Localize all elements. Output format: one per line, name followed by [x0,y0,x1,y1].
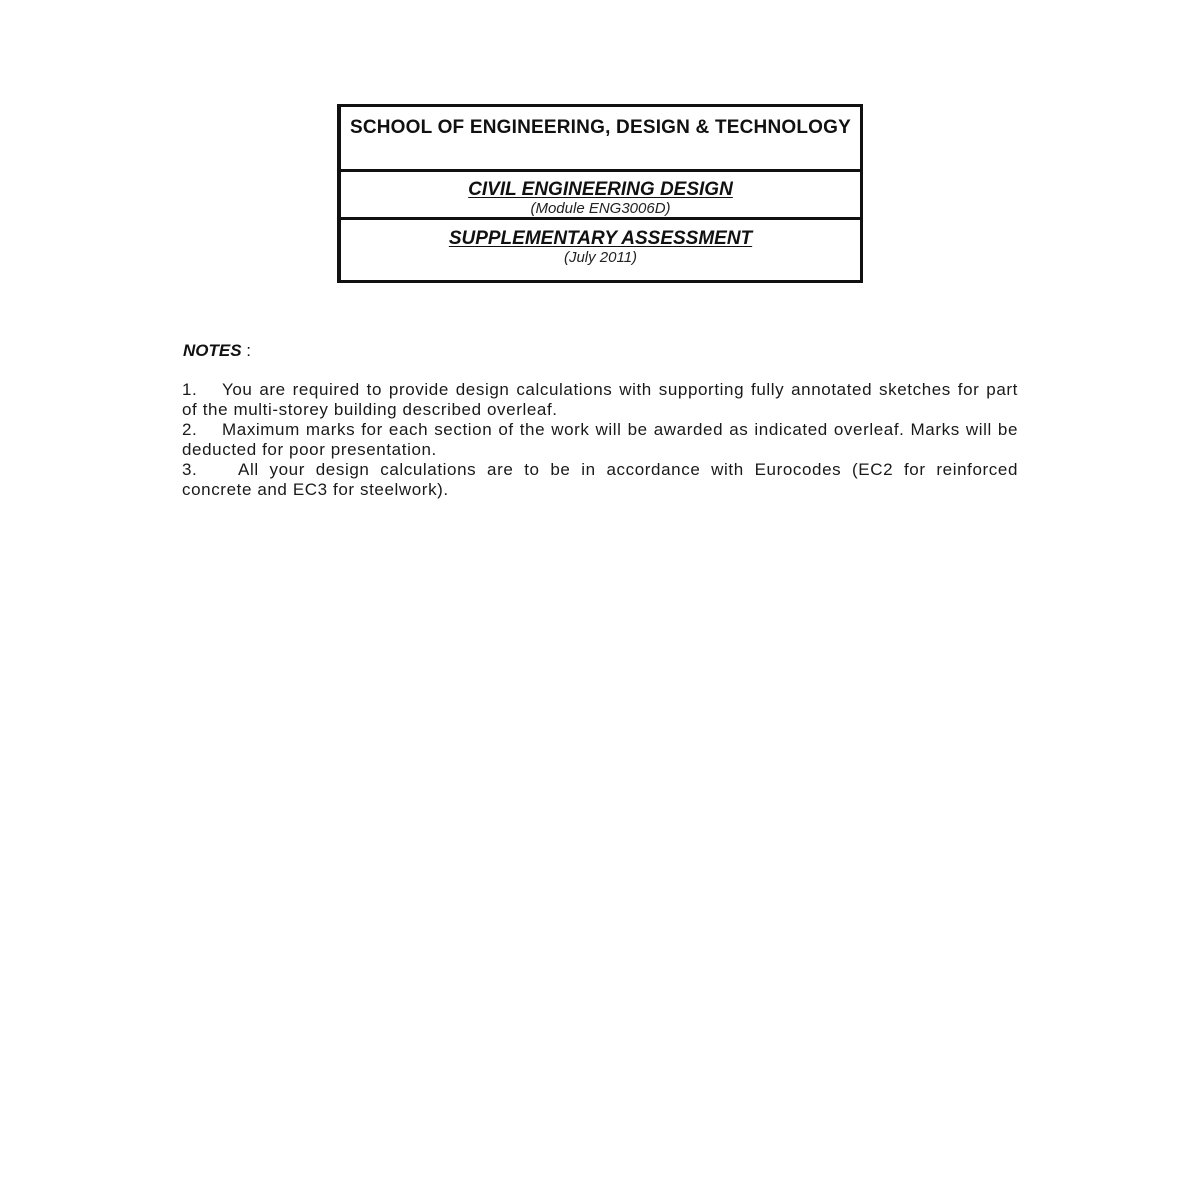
notes-heading-label: NOTES [183,341,242,360]
assessment-date: (July 2011) [341,249,860,266]
course-title: CIVIL ENGINEERING DESIGN [468,180,733,200]
note-text: Maximum marks for each section of the wo… [182,420,1018,459]
note-number: 1. [182,380,222,400]
notes-heading-colon: : [242,341,251,360]
notes-heading: NOTES : [183,341,251,361]
notes-list: 1.You are required to provide design cal… [182,380,1018,500]
note-text: All your design calculations are to be i… [182,460,1018,499]
note-number: 3. [182,460,238,480]
course-row: CIVIL ENGINEERING DESIGN (Module ENG3006… [341,172,860,220]
school-title: SCHOOL OF ENGINEERING, DESIGN & TECHNOLO… [341,118,860,138]
note-number: 2. [182,420,222,440]
module-code: (Module ENG3006D) [341,200,860,217]
school-row: SCHOOL OF ENGINEERING, DESIGN & TECHNOLO… [341,107,860,172]
note-item: 3.All your design calculations are to be… [182,460,1018,500]
assessment-row: SUPPLEMENTARY ASSESSMENT (July 2011) [341,220,860,280]
assessment-title: SUPPLEMENTARY ASSESSMENT [449,229,752,249]
note-item: 2.Maximum marks for each section of the … [182,420,1018,460]
note-item: 1.You are required to provide design cal… [182,380,1018,420]
note-text: You are required to provide design calcu… [182,380,1018,419]
title-box: SCHOOL OF ENGINEERING, DESIGN & TECHNOLO… [337,104,863,283]
